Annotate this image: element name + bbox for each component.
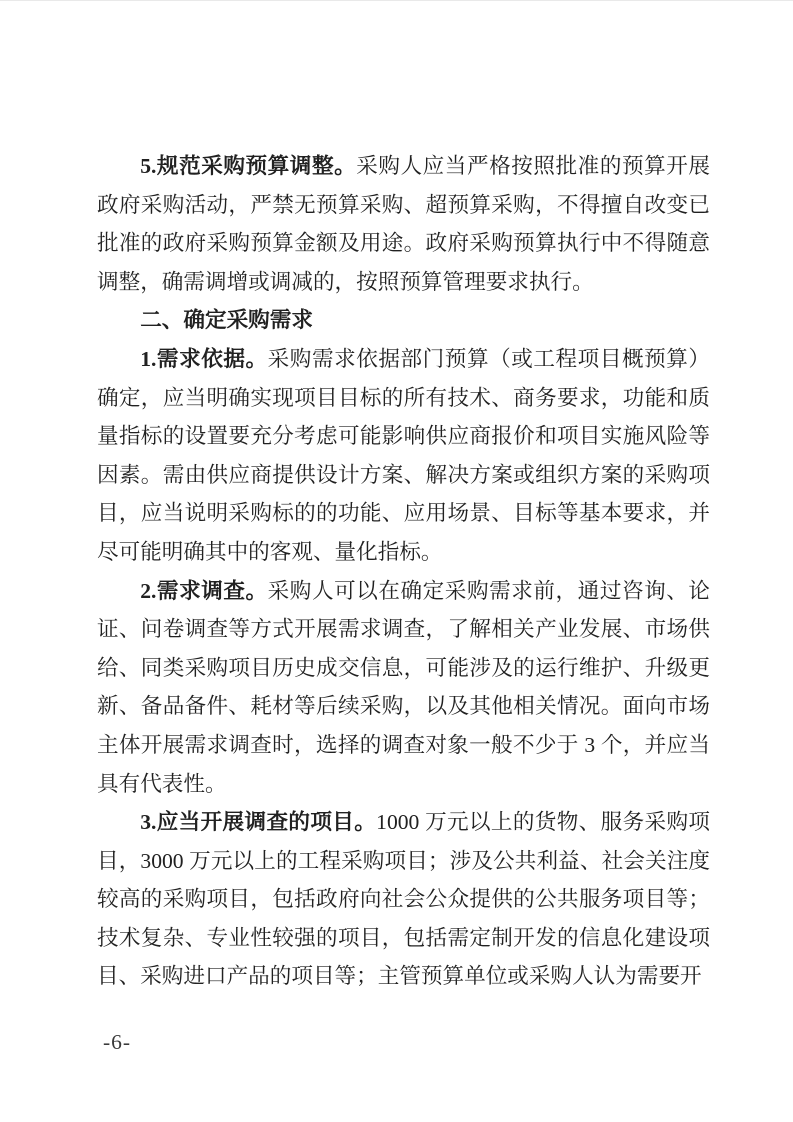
paragraph-lead: 二、确定采购需求 <box>140 308 313 332</box>
paragraph-text: 1000 万元以上的货物、服务采购项目，3000 万元以上的工程采购项目；涉及公… <box>97 810 710 988</box>
paragraph-text: 采购需求依据部门预算（或工程项目概预算）确定，应当明确实现项目目标的所有技术、商… <box>97 347 710 564</box>
paragraph: 2.需求调查。采购人可以在确定采购需求前，通过咨询、论证、问卷调查等方式开展需求… <box>97 572 710 804</box>
paragraph: 1.需求依据。采购需求依据部门预算（或工程项目概预算）确定，应当明确实现项目目标… <box>97 340 710 572</box>
document-body: 5.规范采购预算调整。采购人应当严格按照批准的预算开展政府采购活动，严禁无预算采… <box>97 147 710 996</box>
paragraph: 5.规范采购预算调整。采购人应当严格按照批准的预算开展政府采购活动，严禁无预算采… <box>97 147 710 301</box>
paragraph-lead: 3.应当开展调查的项目。 <box>140 810 376 834</box>
paragraph-lead: 2.需求调查。 <box>140 579 267 603</box>
paragraph-lead: 1.需求依据。 <box>140 347 267 371</box>
paragraph-text: 采购人可以在确定采购需求前，通过咨询、论证、问卷调查等方式开展需求调查，了解相关… <box>97 579 710 796</box>
paragraph-lead: 5.规范采购预算调整。 <box>140 154 356 178</box>
page-number: -6- <box>103 1030 131 1054</box>
section-heading: 二、确定采购需求 <box>97 301 710 340</box>
document-page: 5.规范采购预算调整。采购人应当严格按照批准的预算开展政府采购活动，严禁无预算采… <box>0 0 793 1122</box>
paragraph: 3.应当开展调查的项目。1000 万元以上的货物、服务采购项目，3000 万元以… <box>97 803 710 996</box>
